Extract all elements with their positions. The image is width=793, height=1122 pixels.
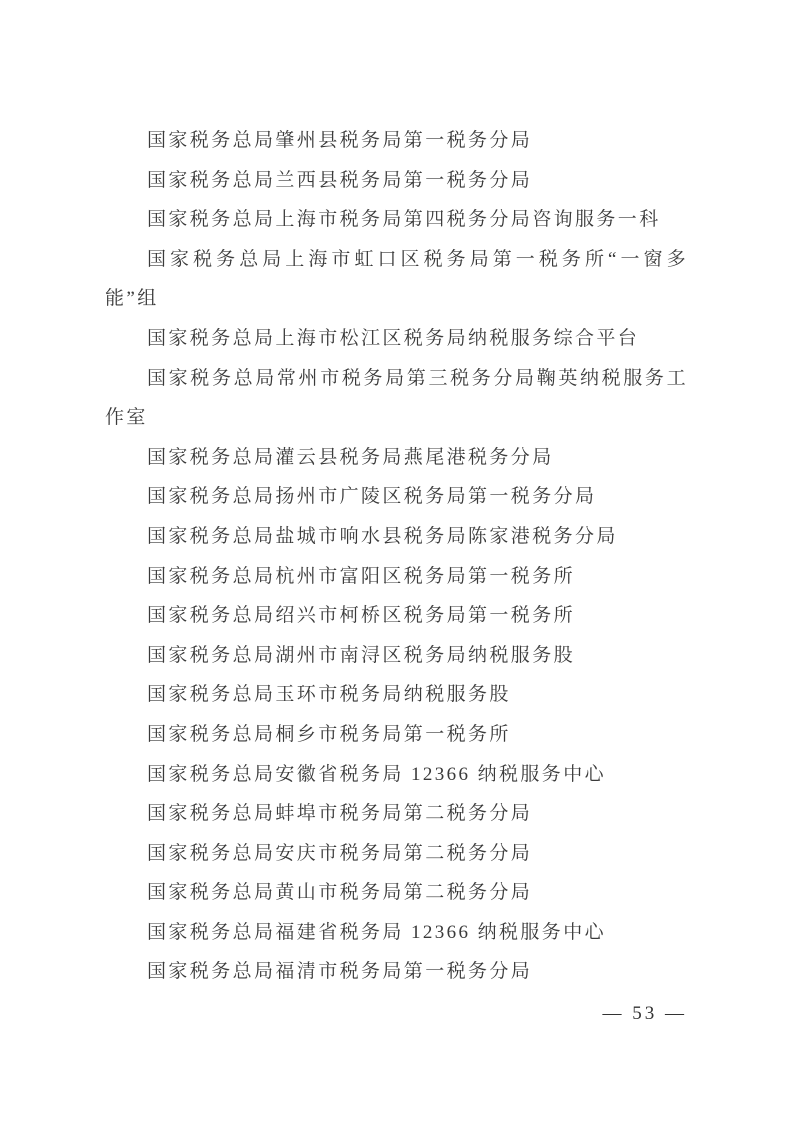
page-number: — 53 — [603,1001,688,1027]
entry: 国家税务总局肇州县税务局第一税务分局 [105,121,688,161]
entry: 国家税务总局杭州市富阳区税务局第一税务所 [105,557,688,597]
entry: 国家税务总局玉环市税务局纳税服务股 [105,675,688,715]
entry-list: 国家税务总局肇州县税务局第一税务分局国家税务总局兰西县税务局第一税务分局国家税务… [105,121,688,992]
entry: 国家税务总局盐城市响水县税务局陈家港税务分局 [105,517,688,557]
entry: 国家税务总局福建省税务局 12366 纳税服务中心 [105,913,688,953]
entry: 国家税务总局安庆市税务局第二税务分局 [105,834,688,874]
entry: 国家税务总局常州市税务局第三税务分局鞠英纳税服务工作室 [105,359,688,438]
entry: 国家税务总局上海市虹口区税务局第一税务所“一窗多能”组 [105,240,688,319]
entry: 国家税务总局灌云县税务局燕尾港税务分局 [105,438,688,478]
entry: 国家税务总局扬州市广陵区税务局第一税务分局 [105,477,688,517]
entry: 国家税务总局蚌埠市税务局第二税务分局 [105,794,688,834]
entry: 国家税务总局湖州市南浔区税务局纳税服务股 [105,636,688,676]
entry: 国家税务总局黄山市税务局第二税务分局 [105,873,688,913]
entry: 国家税务总局福清市税务局第一税务分局 [105,952,688,992]
entry: 国家税务总局兰西县税务局第一税务分局 [105,161,688,201]
entry: 国家税务总局安徽省税务局 12366 纳税服务中心 [105,755,688,795]
entry: 国家税务总局桐乡市税务局第一税务所 [105,715,688,755]
entry: 国家税务总局绍兴市柯桥区税务局第一税务所 [105,596,688,636]
document-page: 国家税务总局肇州县税务局第一税务分局国家税务总局兰西县税务局第一税务分局国家税务… [0,0,793,1122]
entry: 国家税务总局上海市税务局第四税务分局咨询服务一科 [105,200,688,240]
entry: 国家税务总局上海市松江区税务局纳税服务综合平台 [105,319,688,359]
